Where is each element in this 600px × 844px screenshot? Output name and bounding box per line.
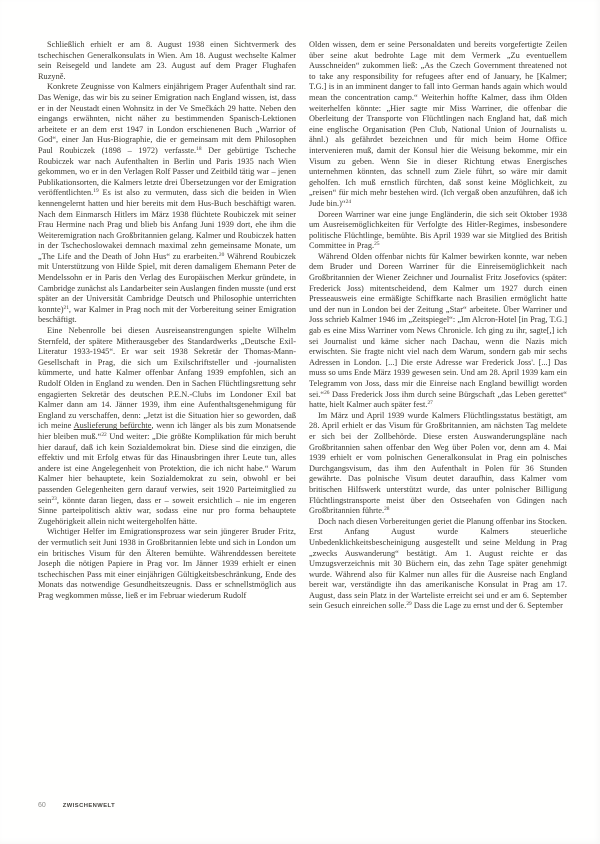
paragraph: Wichtiger Helfer im Emigrationsprozess w… — [38, 527, 296, 601]
underlined-text: Auslieferung befürchte — [74, 421, 152, 430]
footnote-reference: 22 — [101, 432, 106, 438]
footnote-reference: 28 — [384, 506, 389, 512]
page-footer: 60 ZWISCHENWELT — [38, 802, 115, 809]
footnote-reference: 18 — [196, 146, 201, 152]
text-column-right: Olden wissen, dem er seine Personaldaten… — [309, 40, 567, 796]
paragraph: Olden wissen, dem er seine Personaldaten… — [309, 40, 567, 210]
paragraph: Schließlich erhielt er am 8. August 1938… — [38, 40, 296, 82]
paragraph: Eine Nebenrolle bei diesen Ausreiseanstr… — [38, 326, 296, 527]
paragraph: Konkrete Zeugnisse von Kalmers einjährig… — [38, 82, 296, 326]
text-column-left: Schließlich erhielt er am 8. August 1938… — [38, 40, 296, 796]
paragraph: Doch nach diesen Vorbereitungen geriet d… — [309, 517, 567, 612]
footnote-reference: 26 — [324, 390, 329, 396]
footnote-reference: 24 — [346, 199, 351, 205]
footnote-reference: 23 — [51, 496, 56, 502]
footnote-reference: 20 — [219, 252, 224, 258]
footnote-reference: 19 — [93, 188, 98, 194]
paragraph: Doreen Warriner war eine junge Engländer… — [309, 210, 567, 252]
footnote-reference: 25 — [374, 241, 379, 247]
footnote-reference: 29 — [406, 601, 411, 607]
paragraph: Im März und April 1939 wurde Kalmers Flü… — [309, 411, 567, 517]
journal-title: ZWISCHENWELT — [63, 803, 115, 809]
journal-page: Schließlich erhielt er am 8. August 1938… — [0, 0, 600, 844]
paragraph: Während Olden offenbar nichts für Kalmer… — [309, 252, 567, 411]
footnote-reference: 21 — [63, 305, 68, 311]
article-body: Schließlich erhielt er am 8. August 1938… — [38, 40, 567, 796]
footnote-reference: 27 — [427, 400, 432, 406]
page-number: 60 — [38, 802, 46, 809]
